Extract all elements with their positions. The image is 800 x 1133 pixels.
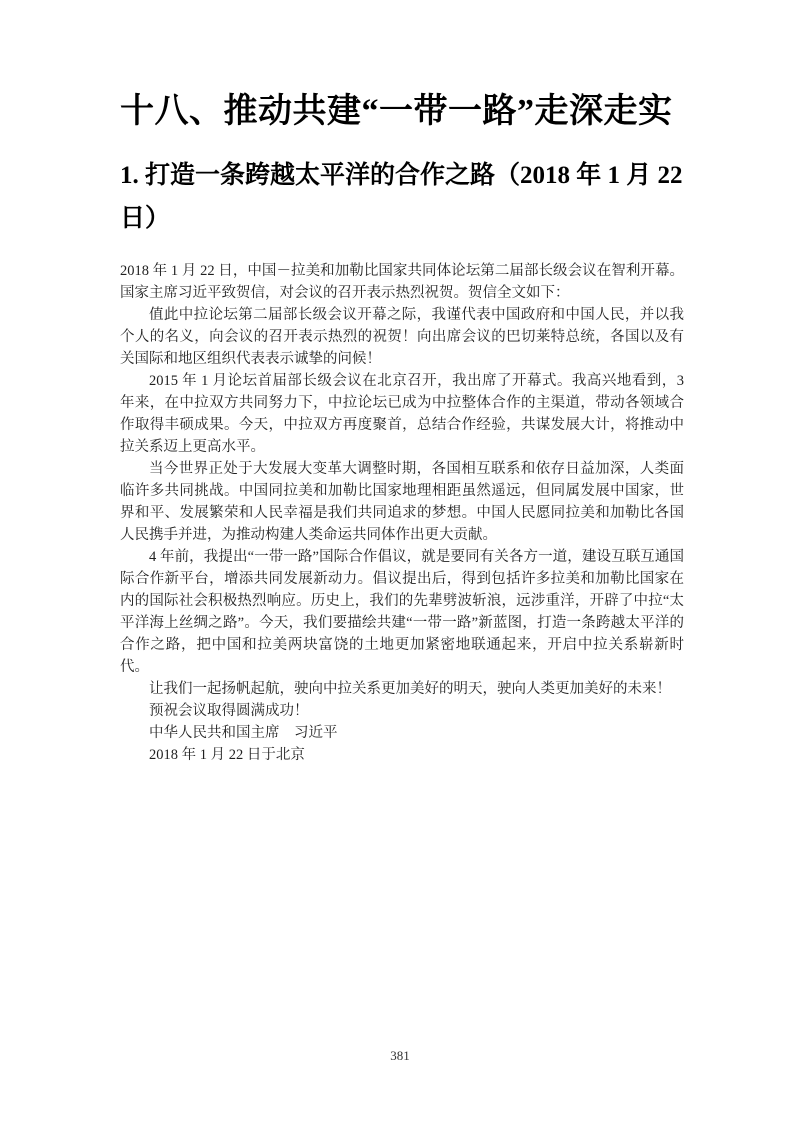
document-page: 十八、推动共建“一带一路”走深走实 1. 打造一条跨越太平洋的合作之路（2018… — [0, 0, 800, 1133]
paragraph: 2018 年 1 月 22 日于北京 — [120, 744, 684, 766]
paragraph: 中华人民共和国主席 习近平 — [120, 722, 684, 744]
paragraph: 4 年前，我提出“一带一路”国际合作倡议，就是要同有关各方一道，建设互联互通国际… — [120, 546, 684, 678]
section-title: 1. 打造一条跨越太平洋的合作之路（2018 年 1 月 22 日） — [120, 154, 684, 240]
chapter-title: 十八、推动共建“一带一路”走深走实 — [120, 0, 684, 134]
paragraph: 值此中拉论坛第二届部长级会议开幕之际，我谨代表中国政府和中国人民，并以我个人的名… — [120, 304, 684, 370]
paragraph: 2015 年 1 月论坛首届部长级会议在北京召开，我出席了开幕式。我高兴地看到，… — [120, 370, 684, 458]
paragraph: 当今世界正处于大发展大变革大调整时期，各国相互联系和依存日益加深，人类面临许多共… — [120, 458, 684, 546]
page-number: 381 — [0, 1048, 800, 1064]
page-content: 十八、推动共建“一带一路”走深走实 1. 打造一条跨越太平洋的合作之路（2018… — [120, 0, 684, 766]
paragraph: 预祝会议取得圆满成功！ — [120, 700, 684, 722]
document-body: 2018 年 1 月 22 日，中国－拉美和加勒比国家共同体论坛第二届部长级会议… — [120, 260, 684, 766]
paragraph: 2018 年 1 月 22 日，中国－拉美和加勒比国家共同体论坛第二届部长级会议… — [120, 260, 684, 304]
paragraph: 让我们一起扬帆起航，驶向中拉关系更加美好的明天，驶向人类更加美好的未来！ — [120, 678, 684, 700]
